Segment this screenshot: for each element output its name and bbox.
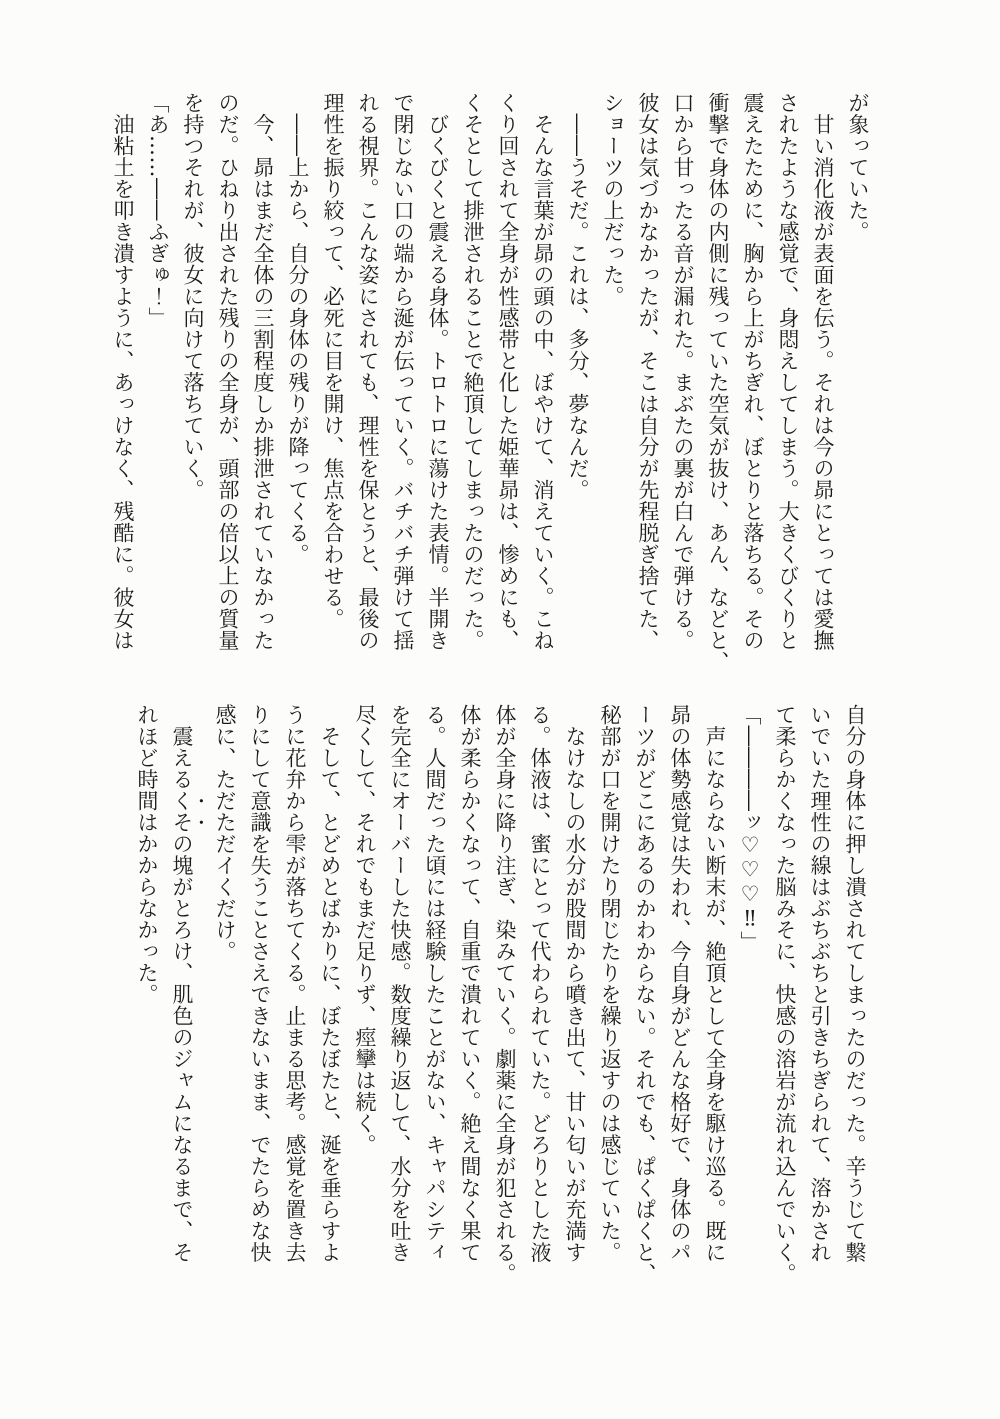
text-line: ――上から、自分の身体の残りが降ってくる。 bbox=[280, 92, 315, 717]
text-line: る。体液は、蜜にとって代わられていた。どろりとした液 bbox=[522, 704, 557, 1329]
text-line: 体が全身に降り注ぎ、染みていく。劇薬に全身が犯される。 bbox=[487, 704, 522, 1329]
text-line: れほど時間はかからなかった。 bbox=[129, 704, 164, 1329]
text-line: ショーツの上だった。 bbox=[595, 92, 630, 717]
text-line: 震えたために、胸から上がちぎれ、ぼとりと落ちる。その bbox=[735, 92, 770, 717]
text-line: を完全にオーバーした快感。数度繰り返して、水分を吐き bbox=[382, 704, 417, 1329]
text-line: くり回されて全身が性感帯と化した姫華昴は、惨めにも、 bbox=[490, 92, 525, 717]
text-line: 体が柔らかくなって、自重で潰れていく。絶え間なく果て bbox=[452, 704, 487, 1329]
text-line: 秘部が口を開けたり閉じたりを繰り返すのは感じていた。 bbox=[592, 704, 627, 1329]
text-line: 声にならない断末が、絶頂として全身を駆け巡る。既に bbox=[697, 704, 732, 1329]
text-line: 理性を振り絞って、必死に目を開け、焦点を合わせる。 bbox=[315, 92, 350, 717]
text-line: ーツがどこにあるのかわからない。それでも、ぱくぱくと、 bbox=[627, 704, 662, 1329]
text-line: 油粘土を叩き潰すように、あっけなく、残酷に。彼女は bbox=[105, 92, 140, 717]
text-line: 口から甘ったる音が漏れた。まぶたの裏が白んで弾ける。 bbox=[665, 92, 700, 717]
text-line: いでいた理性の線はぶちぶちと引きちぎられて、溶かされ bbox=[802, 704, 837, 1329]
text-line: 尽くして、それでもまだ足りず、痙攣は続く。 bbox=[347, 704, 382, 1329]
text-line: が象っていた。 bbox=[840, 92, 875, 717]
emphasized-text-line: 震えるくその塊がとろけ、肌色のジャムになるまで、そ bbox=[164, 704, 207, 1329]
dialogue-line: 「あ……――ふぎゅ！」 bbox=[140, 92, 175, 717]
text-line: 感に、ただただイくだけ。 bbox=[207, 704, 242, 1329]
text-line: 昴の体勢感覚は失われ、今自身がどんな格好で、身体のパ bbox=[662, 704, 697, 1329]
text-line: を持つそれが、彼女に向けて落ちていく。 bbox=[175, 92, 210, 717]
text-line: そんな言葉が昴の頭の中、ぼやけて、消えていく。こね bbox=[525, 92, 560, 717]
text-line: て柔らかくなった脳みそに、快感の溶岩が流れ込んでいく。 bbox=[767, 704, 802, 1329]
text-line: うに花弁から雫が落ちてくる。止まる思考。感覚を置き去 bbox=[277, 704, 312, 1329]
text-line: 今、昴はまだ全体の三割程度しか排泄されていなかった bbox=[245, 92, 280, 717]
dialogue-line: 「――――ッ♡♡♡‼」 bbox=[732, 704, 767, 1329]
text-line: りにして意識を失うことさえできないまま、でたらめな快 bbox=[242, 704, 277, 1329]
bottom-text-block: 自分の身体に押し潰されてしまったのだった。辛うじて繋 いでいた理性の線はぶちぶち… bbox=[129, 704, 872, 1329]
text-line: くそとして排泄されることで絶頂してしまったのだった。 bbox=[455, 92, 490, 717]
text-line: びくびくと震える身体。トロトロに蕩けた表情。半開き bbox=[420, 92, 455, 717]
text-line: る。人間だった頃には経験したことがない、キャパシティ bbox=[417, 704, 452, 1329]
text-line: で閉じない口の端から涎が伝っていく。バチバチ弾けて揺 bbox=[385, 92, 420, 717]
text-line: のだ。ひねり出された残りの全身が、頭部の倍以上の質量 bbox=[210, 92, 245, 717]
novel-page: が象っていた。 甘い消化液が表面を伝う。それは今の昴にとっては愛撫 されたような… bbox=[0, 0, 1000, 1419]
text-line: 彼女は気づかなかったが、そこは自分が先程脱ぎ捨てた、 bbox=[630, 92, 665, 717]
text-line: なけなしの水分が股間から噴き出て、甘い匂いが充満す bbox=[557, 704, 592, 1329]
top-text-block: が象っていた。 甘い消化液が表面を伝う。それは今の昴にとっては愛撫 されたような… bbox=[105, 92, 875, 717]
text-line: 甘い消化液が表面を伝う。それは今の昴にとっては愛撫 bbox=[805, 92, 840, 717]
text-line: ――うそだ。これは、多分、夢なんだ。 bbox=[560, 92, 595, 717]
text-line: 衝撃で身体の内側に残っていた空気が抜け、あん、などと、 bbox=[700, 92, 735, 717]
text-line: れる視界。こんな姿にされても、理性を保とうと、最後の bbox=[350, 92, 385, 717]
text-line: されたような感覚で、身悶えしてしまう。大きくびくりと bbox=[770, 92, 805, 717]
text-line: そして、とどめとばかりに、ぼたぼたと、涎を垂らすよ bbox=[312, 704, 347, 1329]
text-line: 自分の身体に押し潰されてしまったのだった。辛うじて繋 bbox=[837, 704, 872, 1329]
